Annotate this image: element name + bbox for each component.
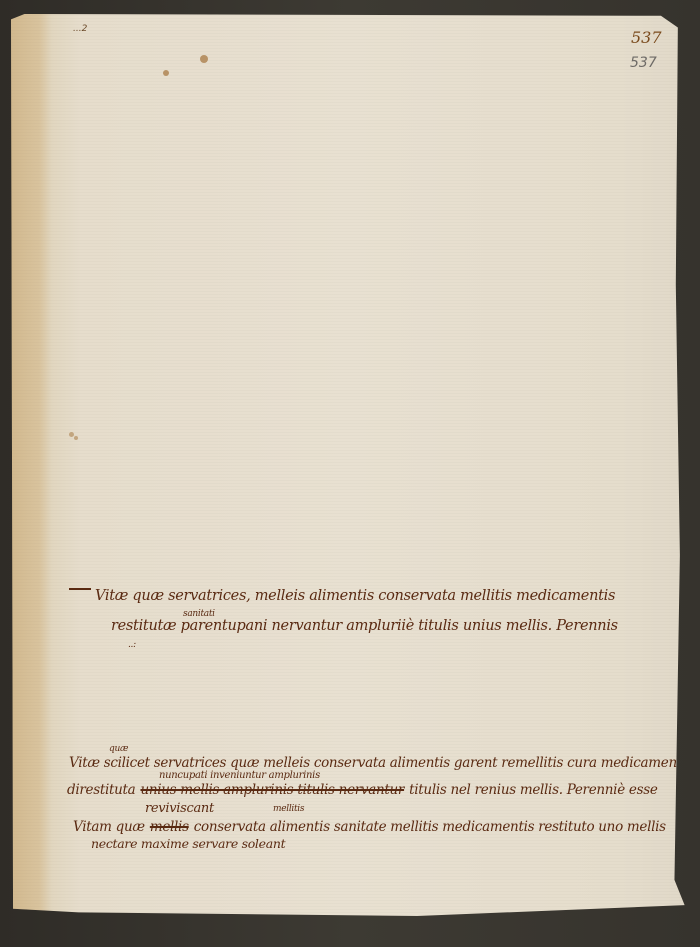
manuscript-page: ...2 537 537 Vitæ quæ servatrices, melle… [11, 14, 688, 916]
corner-mark: ...2 [73, 24, 87, 34]
paragraph2-line2: direstituta unius mellis amplurinis titu… [67, 779, 658, 798]
paragraph3-struck-text: mellis [150, 819, 189, 835]
paragraph2-line1: Vitæ scilicet servatrices quæ melleis co… [69, 755, 677, 771]
paragraph1-line2: restitutæ parentupani nervantur amplurii… [111, 618, 618, 634]
paragraph3-interlinear: mellitis [273, 804, 304, 814]
folio-number-ink: 537 [631, 28, 662, 47]
paragraph2-line3: reviviscant [145, 801, 214, 816]
paragraph2-line2-end: titulis nel renius mellis. Perenniè esse [409, 782, 657, 798]
ink-stain [163, 70, 169, 76]
folio-number-pencil: 537 [630, 55, 657, 71]
paragraph3-line1: Vitam quæ mellis conservata alimentis sa… [73, 816, 666, 835]
paragraph3-line1-start: Vitam quæ [73, 819, 145, 835]
ink-stain [200, 55, 208, 63]
paragraph2-interlinear-top: quæ [109, 744, 128, 754]
paragraph2-struck-text: unius mellis amplurinis titulis nervantu… [140, 782, 404, 798]
paragraph3-line1-end: conservata alimentis sanitate mellitis m… [194, 819, 666, 835]
ink-stain [74, 436, 78, 440]
paragraph1-line1: Vitæ quæ servatrices, melleis alimentis … [95, 588, 615, 604]
paragraph1-mark: ..: [128, 640, 136, 650]
margin-dash [69, 588, 91, 590]
paragraph3-line2: nectare maxime servare soleant [91, 836, 285, 851]
paragraph2-line2-start: direstituta [67, 782, 135, 798]
